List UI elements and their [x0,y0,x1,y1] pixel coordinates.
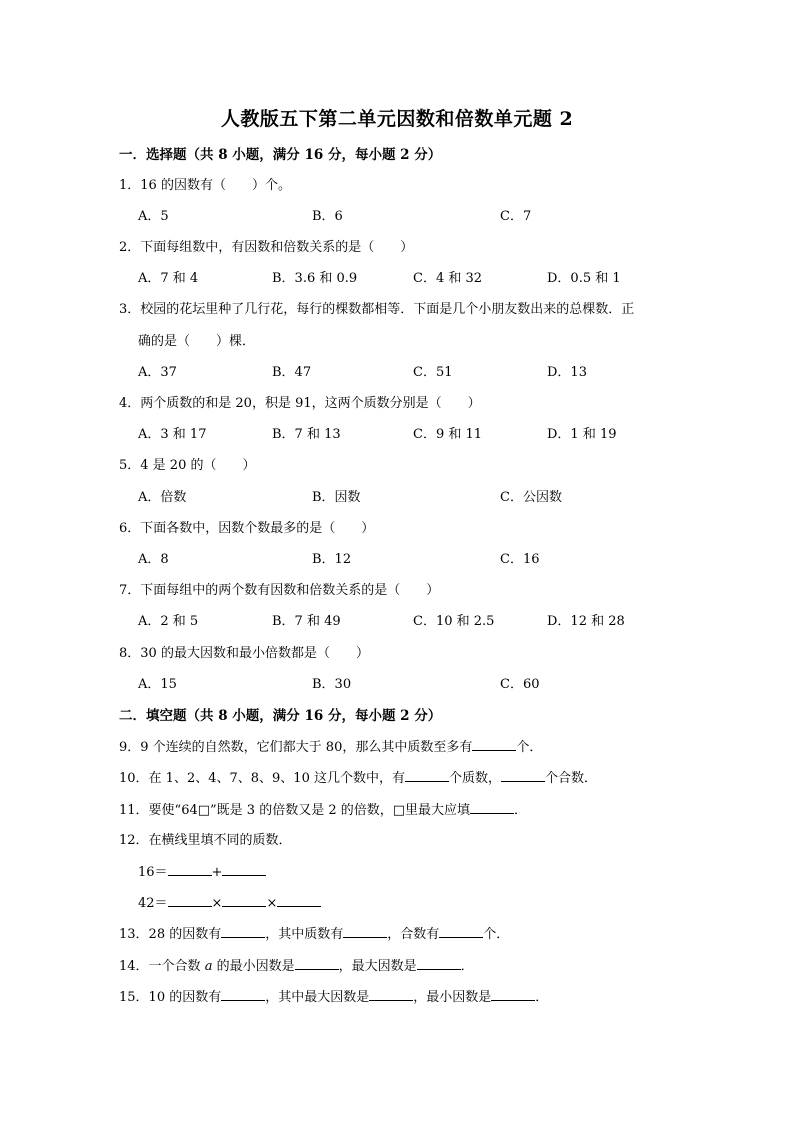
q10-text: 10．在 1、2、4、7、8、9、10 这几个数中，有 [119,771,405,786]
times-sign: × [212,896,223,911]
q15-text: 15．10 的因数有 [119,990,221,1005]
question-2: 2．下面每组数中，有因数和倍数关系的是（ ） [119,239,413,257]
answer-blank[interactable] [369,988,413,1001]
question-4: 4．两个质数的和是 20，积是 91，这两个质数分别是（ ） [119,395,481,413]
q3-option-b: B．47 [272,364,311,382]
q4-option-a: A．3 和 17 [138,426,206,444]
q14-text-end: ． [461,959,474,974]
question-12: 12．在横线里填不同的质数． [119,832,292,850]
question-7: 7．下面每组中的两个数有因数和倍数关系的是（ ） [119,582,439,600]
question-1: 1．16 的因数有（ ）个。 [119,177,291,195]
q13-text: 13．28 的因数有 [119,927,221,942]
q4-option-d: D．1 和 19 [547,426,617,444]
answer-blank[interactable] [222,894,266,907]
q7-option-b: B．7 和 49 [272,613,341,631]
question-11: 11．要使“64□”既是 3 的倍数又是 2 的倍数，□里最大应填． [119,801,527,820]
q2-option-b: B．3.6 和 0.9 [272,270,357,288]
q3-option-d: D．13 [547,364,587,382]
q1-option-a: A．5 [138,208,169,226]
question-5: 5．4 是 20 的（ ） [119,457,255,475]
section-heading-choice: 一．选择题（共 8 小题，满分 16 分，每小题 2 分） [119,146,441,164]
q3-option-c: C．51 [413,364,453,382]
answer-blank[interactable] [221,988,265,1001]
q13-text-mid: ，其中质数有 [265,927,343,942]
q11-text: 11．要使“64□”既是 3 的倍数又是 2 的倍数，□里最大应填 [119,803,470,818]
q9-text: 9．9 个连续的自然数，它们都大于 80，那么其中质数至多有 [119,740,472,755]
q11-text-end: ． [514,803,527,818]
question-8: 8．30 的最大因数和最小倍数都是（ ） [119,645,369,663]
q7-option-a: A．2 和 5 [138,613,198,631]
q12-equation-16: 16＝+ [138,863,266,882]
q8-option-c: C．60 [500,676,540,694]
answer-blank[interactable] [343,925,387,938]
answer-blank[interactable] [472,738,516,751]
answer-blank[interactable] [501,769,545,782]
q8-option-a: A．15 [138,676,177,694]
q1-option-c: C．7 [500,208,531,226]
answer-blank[interactable] [491,988,535,1001]
q14-text: 14．一个合数 [119,959,205,974]
q6-option-a: A．8 [138,551,169,569]
q9-text-end: 个． [516,740,542,755]
q10-text-mid: 个质数， [449,771,501,786]
answer-blank[interactable] [295,957,339,970]
question-15: 15．10 的因数有，其中最大因数是，最小因数是． [119,988,548,1007]
question-3: 3．校园的花坛里种了几行花，每行的棵数都相等．下面是几个小朋友数出来的总棵数．正 [119,301,634,319]
q14-text-mid2: ，最大因数是 [339,959,417,974]
answer-blank[interactable] [168,894,212,907]
eq-lhs: 16＝ [138,865,168,880]
answer-blank[interactable] [439,925,483,938]
document-title: 人教版五下第二单元因数和倍数单元题 2 [0,104,794,131]
q12-equation-42: 42＝×× [138,894,321,913]
answer-blank[interactable] [417,957,461,970]
question-9: 9．9 个连续的自然数，它们都大于 80，那么其中质数至多有个． [119,738,542,757]
answer-blank[interactable] [277,894,321,907]
question-6: 6．下面各数中，因数个数最多的是（ ） [119,520,374,538]
q13-text-end: 个． [483,927,509,942]
question-14: 14．一个合数 a 的最小因数是，最大因数是． [119,957,474,976]
q2-option-c: C．4 和 32 [413,270,482,288]
q5-option-a: A．倍数 [138,489,186,507]
plus-sign: + [212,865,223,880]
q3-option-a: A．37 [138,364,177,382]
q1-option-b: B．6 [312,208,343,226]
eq-lhs: 42＝ [138,896,168,911]
question-3-cont: 确的是（ ）棵． [138,333,255,351]
q2-option-a: A．7 和 4 [138,270,198,288]
question-10: 10．在 1、2、4、7、8、9、10 这几个数中，有个质数，个合数． [119,769,597,788]
q15-text-mid2: ，最小因数是 [413,990,491,1005]
answer-blank[interactable] [470,801,514,814]
q5-option-c: C．公因数 [500,489,562,507]
q13-text-mid2: ，合数有 [387,927,439,942]
q7-option-c: C．10 和 2.5 [413,613,494,631]
question-13: 13．28 的因数有，其中质数有，合数有个． [119,925,509,944]
answer-blank[interactable] [405,769,449,782]
answer-blank[interactable] [221,925,265,938]
q14-text-mid: 的最小因数是 [212,959,294,974]
answer-blank[interactable] [168,863,212,876]
section-heading-fill: 二．填空题（共 8 小题，满分 16 分，每小题 2 分） [119,707,441,725]
times-sign: × [266,896,277,911]
q8-option-b: B．30 [312,676,351,694]
q10-text-end: 个合数． [545,771,597,786]
q6-option-b: B．12 [312,551,351,569]
answer-blank[interactable] [222,863,266,876]
q15-text-mid: ，其中最大因数是 [265,990,369,1005]
q5-option-b: B．因数 [312,489,361,507]
q6-option-c: C．16 [500,551,540,569]
q4-option-c: C．9 和 11 [413,426,482,444]
q15-text-end: ． [535,990,548,1005]
q7-option-d: D．12 和 28 [547,613,625,631]
q4-option-b: B．7 和 13 [272,426,341,444]
q2-option-d: D．0.5 和 1 [547,270,621,288]
